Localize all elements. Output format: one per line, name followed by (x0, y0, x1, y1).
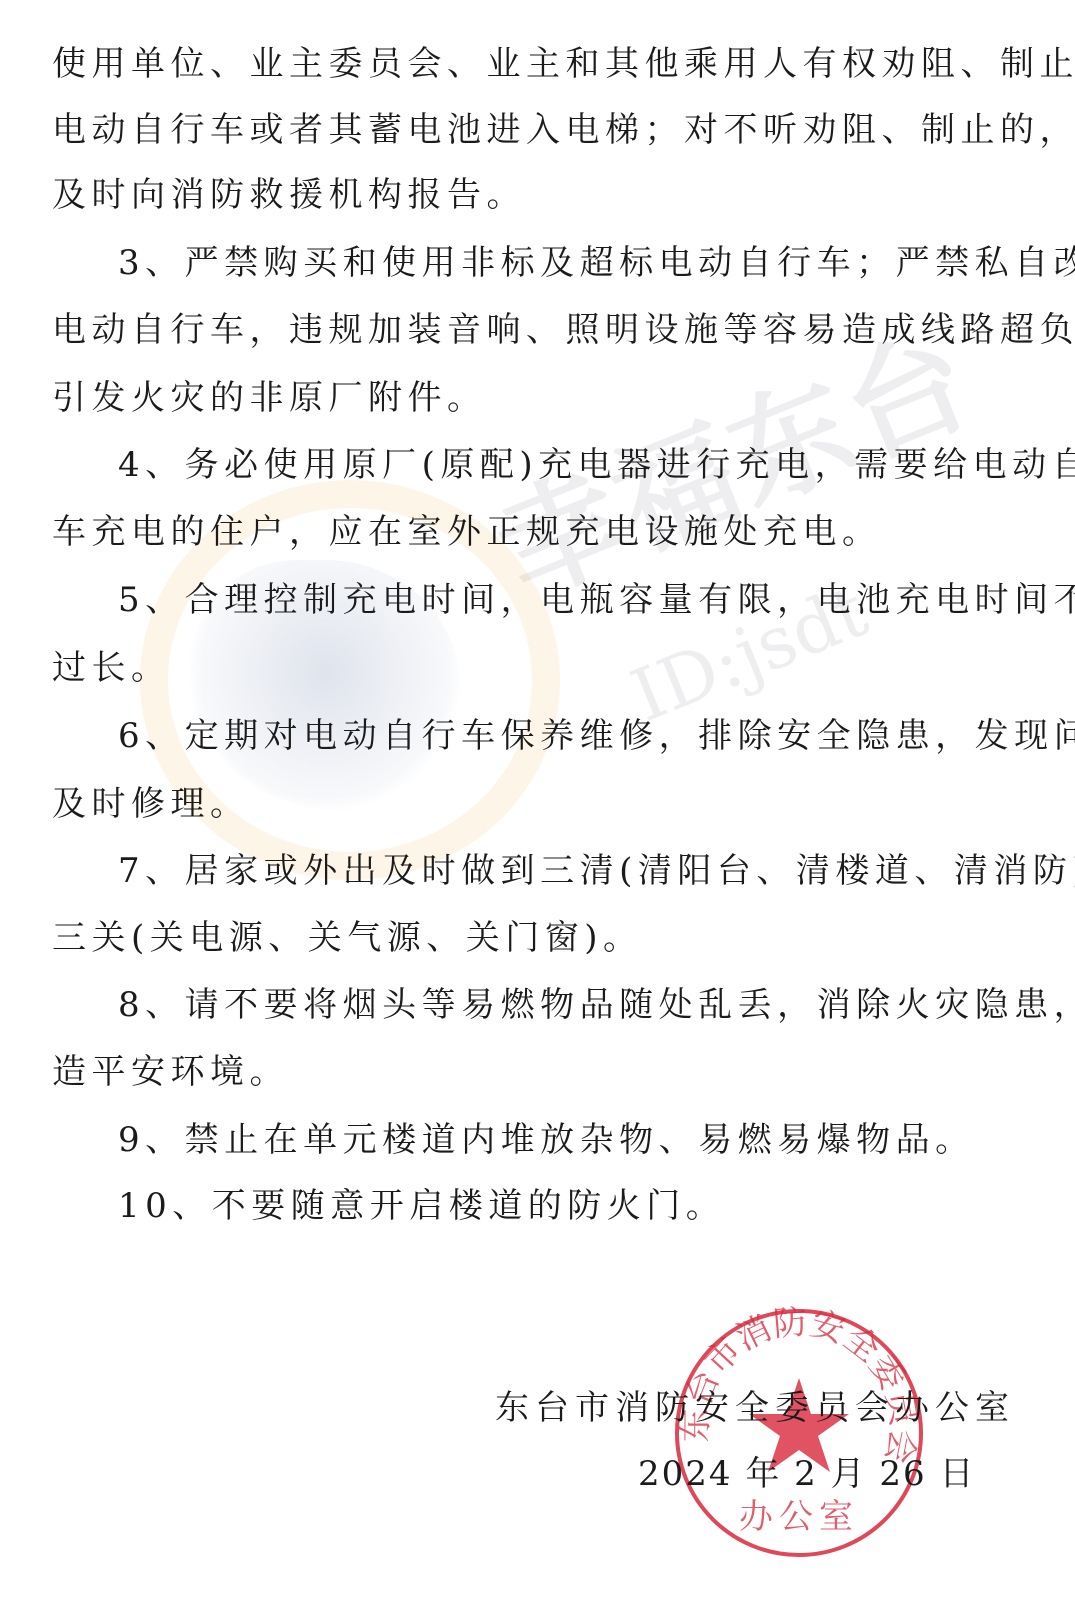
text-line: 造平安环境。 (52, 1052, 289, 1092)
issue-date: 2024 年 2 月 26 日 (638, 1446, 975, 1495)
item-6-line: 6、定期对电动自行车保养维修，排除安全隐患，发现问题 (118, 716, 1075, 756)
text-line: 电动自行车，违规加装音响、照明设施等容易造成线路超负荷， (52, 310, 1075, 350)
document-page: 幸福东台 ID:jsdt 使用单位、业主委员会、业主和其他乘用人有权劝阻、制止携… (0, 0, 1075, 1606)
issuer-signature: 东台市消防安全委员会办公室 (495, 1380, 1015, 1429)
official-seal-stamp: 东台市消防安全委员会 办公室 (672, 1306, 926, 1560)
item-7-line: 7、居家或外出及时做到三清(清阳台、清楼道、清消防)、 (118, 851, 1075, 891)
text-line: 引发火灾的非原厂附件。 (52, 378, 487, 418)
text-line: 使用单位、业主委员会、业主和其他乘用人有权劝阻、制止携带 (52, 44, 1075, 84)
text-line: 三关(关电源、关气源、关门窗)。 (52, 918, 643, 958)
item-10-line: 10、不要随意开启楼道的防火门。 (118, 1186, 725, 1226)
item-4-line: 4、务必使用原厂(原配)充电器进行充电，需要给电动自行 (118, 445, 1075, 485)
item-9-line: 9、禁止在单元楼道内堆放杂物、易燃易爆物品。 (118, 1120, 975, 1160)
text-line: 过长。 (52, 648, 171, 688)
item-3-line: 3、严禁购买和使用非标及超标电动自行车；严禁私自改装 (118, 243, 1075, 283)
text-line: 电动自行车或者其蓄电池进入电梯；对不听劝阻、制止的，应当 (52, 110, 1075, 150)
text-line: 及时修理。 (52, 784, 250, 824)
seal-bottom-text: 办公室 (739, 1497, 859, 1537)
item-8-line: 8、请不要将烟头等易燃物品随处乱丢，消除火灾隐患，营 (118, 985, 1075, 1025)
text-line: 及时向消防救援机构报告。 (52, 175, 526, 215)
text-line: 车充电的住户，应在室外正规充电设施处充电。 (52, 512, 882, 552)
item-5-line: 5、合理控制充电时间，电瓶容量有限，电池充电时间不得 (118, 580, 1075, 620)
